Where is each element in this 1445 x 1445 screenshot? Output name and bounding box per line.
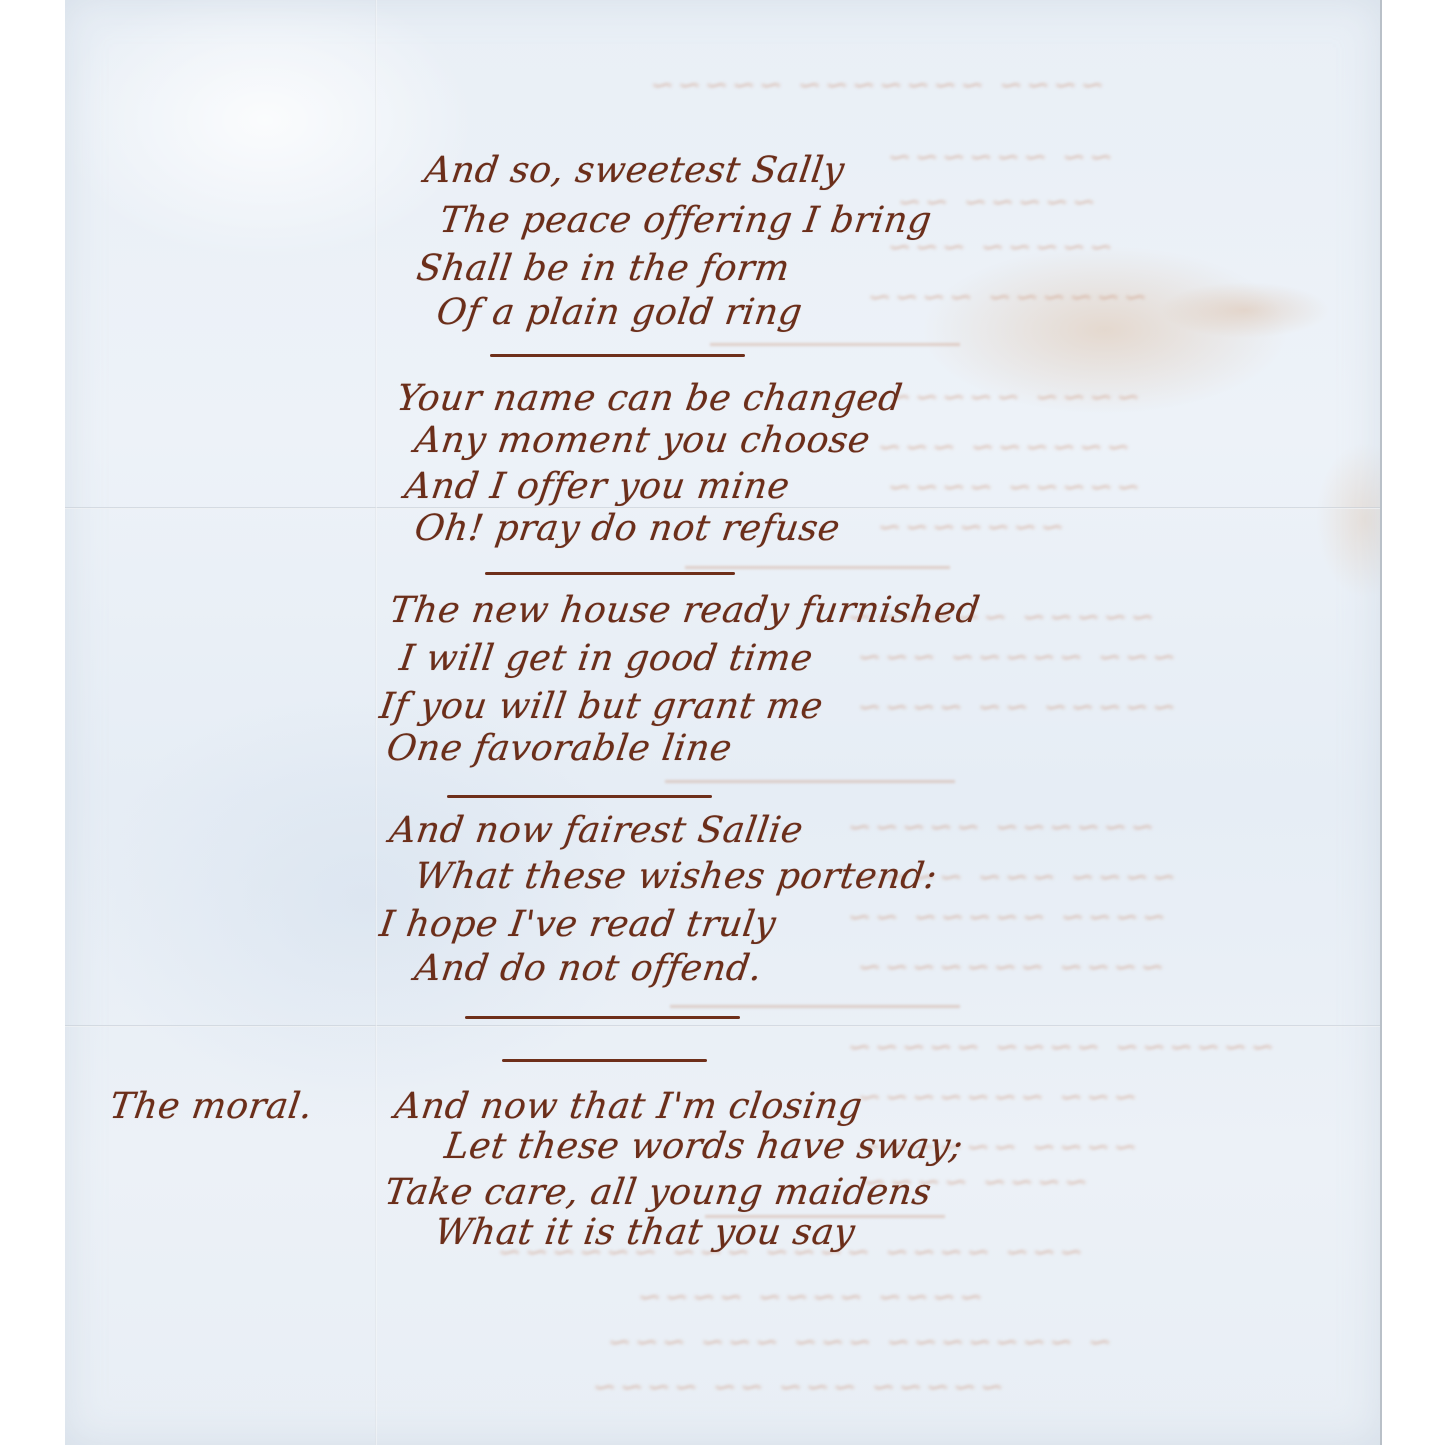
stanza-4-line-2: What these wishes portend:	[412, 856, 940, 897]
moral-margin-label: The moral.	[107, 1086, 315, 1127]
stanza-1-line-4: Of a plain gold ring	[434, 292, 805, 333]
stanza-3-line-1: The new house ready furnished	[387, 590, 982, 631]
scan-background: ~~~~ ~~~~~~~ ~~~~~ ~~ ~~~~~~ ~~~~~ ~~ ~~…	[0, 0, 1445, 1445]
stanza-5-line-4: What it is that you say	[432, 1212, 858, 1253]
stanza-divider-1	[490, 354, 745, 357]
stanza-divider-4a	[465, 1016, 740, 1019]
stanza-4-line-4: And do not offend.	[412, 948, 765, 989]
stanza-3-line-3: If you will but grant me	[377, 686, 826, 727]
stanza-3-line-4: One favorable line	[384, 728, 735, 769]
stanza-5-line-3: Take care, all young maidens	[382, 1172, 934, 1213]
fold-crease-lower	[65, 1025, 1380, 1027]
stanza-2-line-1: Your name can be changed	[394, 378, 905, 419]
stanza-divider-4b	[502, 1059, 707, 1062]
stanza-5-line-2: Let these words have sway;	[442, 1126, 966, 1167]
stanza-1-line-3: Shall be in the form	[414, 248, 792, 289]
stanza-1-line-2: The peace offering I bring	[437, 200, 934, 241]
stanza-2-line-3: And I offer you mine	[402, 466, 792, 507]
stanza-4-line-1: And now fairest Sallie	[387, 810, 806, 851]
stanza-divider-3	[447, 795, 712, 798]
stanza-4-line-3: I hope I've read truly	[377, 904, 778, 945]
stanza-divider-2	[485, 572, 735, 575]
stanza-2-line-4: Oh! pray do not refuse	[412, 508, 843, 549]
stanza-3-line-2: I will get in good time	[397, 638, 815, 679]
stanza-2-line-2: Any moment you choose	[412, 420, 873, 461]
stanza-5-line-1: And now that I'm closing	[392, 1086, 865, 1127]
letter-paper: ~~~~ ~~~~~~~ ~~~~~ ~~ ~~~~~~ ~~~~~ ~~ ~~…	[65, 0, 1382, 1445]
stanza-1-line-1: And so, sweetest Sally	[422, 150, 847, 191]
